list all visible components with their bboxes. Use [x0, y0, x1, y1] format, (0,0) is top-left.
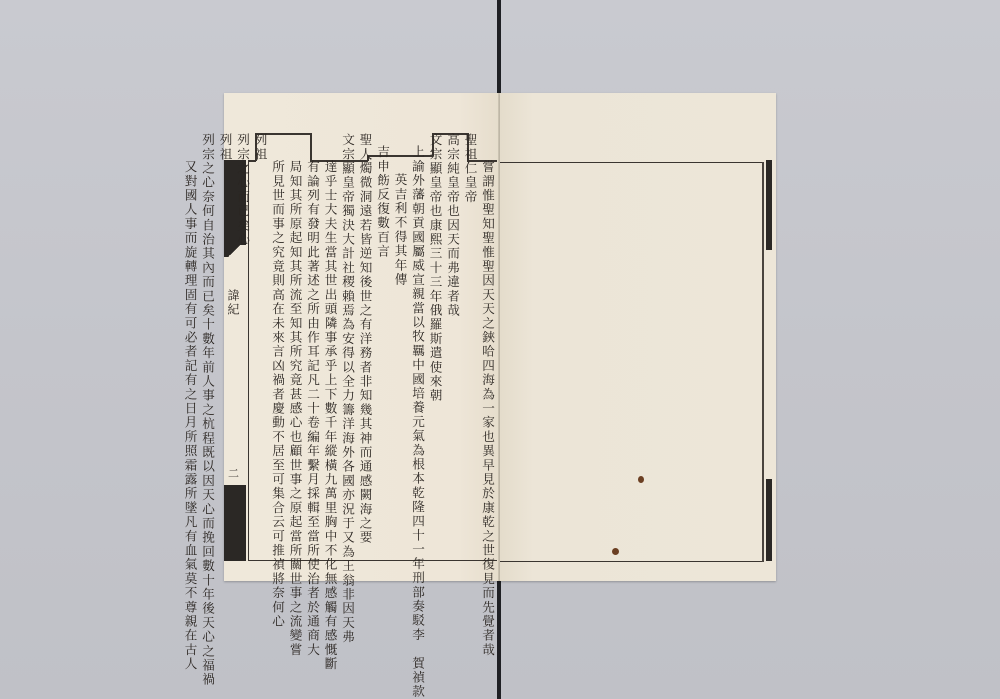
text-column: 英吉利不得其年傳: [391, 173, 409, 559]
text-column: 列宗之心而已矣心: [234, 133, 252, 559]
frame-line: [762, 162, 764, 562]
text-column: 高宗純皇帝也因天而弗違者哉: [444, 133, 462, 559]
text-column: 局知其所原起知其所流至知其所究竟甚感心也顧世事之原起當所關世事之流變嘗: [286, 160, 304, 559]
printed-frame: [500, 162, 762, 562]
ink-stain: [612, 548, 619, 555]
text-columns: 嘗謂惟聖知聖惟聖因天天之鋏哈四海為一家也異早見於康乾之世復見而先覺者哉 聖祖仁皇…: [250, 133, 496, 559]
right-page: [500, 93, 776, 581]
text-column: 嘗謂惟聖知聖惟聖因天天之鋏哈四海為一家也異早見於康乾之世復見而先覺者哉: [479, 160, 497, 559]
text-column: 列宗之心奈何自治其內而已矣十數年前人事之杭程既以因天心而挽回數十年後天心之福禍: [199, 133, 217, 559]
text-column: 聖祖仁皇帝: [461, 133, 479, 559]
open-book: 諱紀 二 嘗謂惟聖知聖惟聖因天天之鋏哈四海為一家也異早見於康乾之世復見而先覺者哉…: [224, 93, 776, 581]
text-column: 文宗顯皇帝也康熙三十三年俄羅斯遣使來朝: [426, 133, 444, 559]
text-column: 吉申飭反復數百言: [374, 145, 392, 559]
text-column: 列祖: [216, 133, 234, 559]
text-column: 上諭外藩朝貢國屬威宣親當以牧羈中國培養元氣為根本乾隆四十一年刑部奏駁李 賀禎款: [409, 145, 427, 559]
ink-stain: [638, 476, 644, 483]
text-column: 文宗顯皇帝獨決大計社稷賴焉為安得以全力籌洋海外各國亦況于又為王翁非因天弗: [339, 133, 357, 559]
text-column: 所見世而事之究竟則高在未來言凶禍者慶動不居至可集合云可推禎將奈何心: [269, 160, 287, 559]
text-column: 有論列有發明此著述之所由作耳記凡二十卷編年繫月採輯至當所使治者於通商大: [304, 160, 322, 559]
text-column: 聖人燭微洞遠若皆逆知後世之有洋務者非知幾其神而通感闕海之要: [356, 133, 374, 559]
fishtail-top: [766, 160, 772, 250]
left-page: 諱紀 二 嘗謂惟聖知聖惟聖因天天之鋏哈四海為一家也異早見於康乾之世復見而先覺者哉…: [224, 93, 499, 581]
text-column: 列祖: [251, 133, 269, 559]
text-column: 又對國人事而旋轉理固有可必者記有之日月所照霜露所墜凡有血氣莫不尊親在古人: [181, 160, 199, 559]
fishtail-bottom: [766, 479, 772, 561]
text-column: 達乎士大夫生當其世出頭隣事承乎上下數千年縱橫九萬里胸中不化無感觸有感慨斷: [321, 160, 339, 559]
